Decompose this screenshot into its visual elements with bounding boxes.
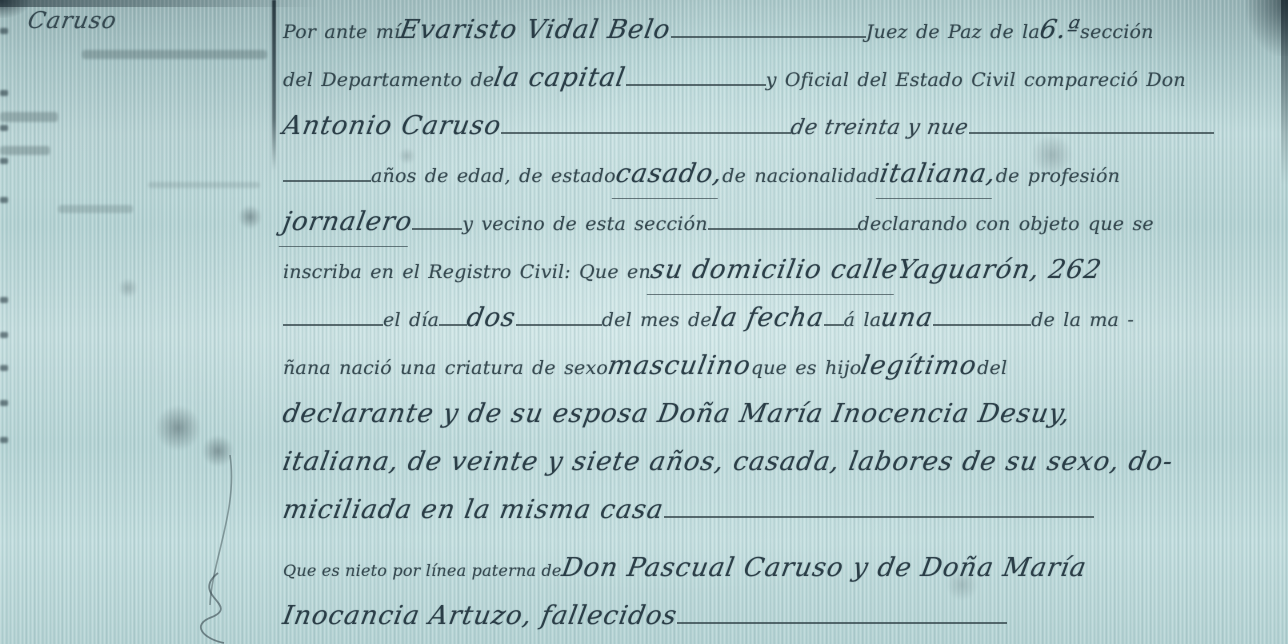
stain-spot	[118, 278, 138, 298]
stain-spot	[155, 405, 201, 451]
document-line: declarante y de su esposa Doña María Ino…	[283, 390, 1236, 438]
blank-rule	[283, 308, 383, 326]
text-segment: del mes de	[602, 296, 712, 344]
document-line: del Departamento de la capital y Oficial…	[283, 54, 1236, 102]
text-segment: dos	[463, 294, 520, 342]
edge-mark	[0, 158, 8, 164]
margin-rule-line	[272, 0, 276, 170]
text-segment: jornalero	[279, 198, 417, 247]
text-segment: Don Pascual Caruso y de Doña María	[557, 544, 1090, 592]
text-segment: ñana nació una criatura de sexo	[283, 344, 608, 392]
text-segment: 6.ª	[1036, 6, 1085, 54]
text-segment: Que es nieto por línea paterna de	[283, 547, 562, 595]
text-segment: de nacionalidad	[722, 152, 880, 200]
bleed-smudge	[0, 112, 58, 122]
edge-mark	[0, 400, 8, 406]
document-line: Por ante mí Evaristo Vidal Belo Juez de …	[283, 6, 1236, 54]
text-segment: la capital	[490, 54, 630, 102]
blank-rule	[708, 212, 858, 230]
text-block: Por ante mí Evaristo Vidal Belo Juez de …	[283, 6, 1236, 640]
bleed-smudge	[148, 182, 260, 188]
document-line: italiana, de veinte y siete años, casada…	[283, 438, 1236, 486]
text-segment: inscriba en el Registro Civil: Que en	[283, 248, 651, 296]
text-segment: de treinta y nue	[787, 103, 973, 151]
edge-mark	[0, 90, 8, 96]
scan-corner-shadow-top-left	[0, 0, 30, 18]
margin-note: Caruso	[26, 8, 119, 34]
blank-rule	[677, 606, 1007, 624]
document-line: Que es nieto por línea paterna de Don Pa…	[283, 544, 1236, 592]
text-segment: masculino	[604, 342, 755, 390]
text-segment: sección	[1080, 8, 1153, 56]
edge-mark	[0, 365, 8, 371]
text-segment: Yaguarón, 262	[894, 246, 1106, 294]
stain-spot	[238, 205, 262, 229]
bleed-smudge	[58, 205, 133, 213]
text-segment: que es hijo	[751, 344, 862, 392]
blank-rule	[824, 308, 844, 326]
blank-rule	[516, 308, 602, 326]
document-line: el día dos del mes de la fecha á la una …	[283, 294, 1236, 342]
text-segment: Evaristo Vidal Belo	[396, 6, 675, 54]
edge-mark	[0, 437, 8, 443]
document-line: miciliada en la misma casa	[283, 486, 1236, 534]
text-segment: de profesión	[996, 152, 1120, 200]
text-segment: y vecino de esta sección	[462, 200, 707, 248]
text-segment: Inocancia Artuzo, fallecidos	[279, 592, 682, 640]
blank-rule	[412, 212, 462, 230]
text-segment: del Departamento de	[283, 56, 494, 104]
blank-rule	[969, 116, 1214, 134]
text-segment: el día	[383, 296, 439, 344]
text-segment: declarando con objeto que se	[858, 200, 1154, 248]
text-segment: legítimo	[857, 342, 981, 390]
blank-rule	[439, 308, 467, 326]
bleed-smudge	[82, 50, 267, 59]
document-line: inscriba en el Registro Civil: Que en su…	[283, 246, 1236, 294]
text-segment: Antonio Caruso	[279, 102, 506, 150]
stain-spot	[202, 435, 234, 467]
text-segment: declarante y de su esposa Doña María Ino…	[279, 390, 1075, 438]
text-segment: Juez de Paz de la	[866, 8, 1040, 56]
text-segment: Por ante mí	[283, 8, 400, 56]
blank-rule	[671, 20, 866, 38]
edge-mark	[0, 28, 8, 34]
blank-rule	[933, 308, 1031, 326]
edge-mark	[0, 197, 8, 203]
text-segment: años de edad, de estado	[371, 152, 616, 200]
blank-rule	[283, 164, 371, 182]
blank-rule	[626, 68, 766, 86]
blank-rule	[501, 116, 791, 134]
edge-mark	[0, 297, 8, 303]
document-line: jornalero y vecino de esta sección decla…	[283, 198, 1236, 246]
bleed-smudge	[0, 146, 50, 155]
text-segment: la fecha	[708, 294, 828, 342]
edge-mark	[0, 332, 8, 338]
document-line: Inocancia Artuzo, fallecidos	[283, 592, 1236, 640]
text-segment: italiana,	[876, 150, 1001, 199]
text-segment: una	[877, 294, 937, 342]
text-segment: de la ma -	[1031, 296, 1134, 344]
scan-edge-shadow-right	[1281, 0, 1288, 185]
text-segment: su domicilio calle	[647, 246, 903, 295]
crease-flourish-mark	[178, 455, 268, 644]
text-segment: del	[977, 344, 1007, 392]
document-scan: Caruso Por ante mí Evaristo Vidal Belo J…	[0, 0, 1288, 644]
document-line: años de edad, de estado casado, de nacio…	[283, 150, 1236, 198]
blank-rule	[664, 500, 1094, 518]
edge-mark	[0, 125, 8, 131]
text-segment: casado,	[612, 150, 727, 199]
text-segment: italiana, de veinte y siete años, casada…	[279, 438, 1177, 486]
document-line: Antonio Carusode treinta y nue	[283, 102, 1236, 150]
text-segment: miciliada en la misma casa	[279, 486, 668, 534]
document-line: ñana nació una criatura de sexo masculin…	[283, 342, 1236, 390]
text-segment: á la	[844, 296, 882, 344]
text-segment: y Oficial del Estado Civil compareció Do…	[766, 56, 1186, 104]
